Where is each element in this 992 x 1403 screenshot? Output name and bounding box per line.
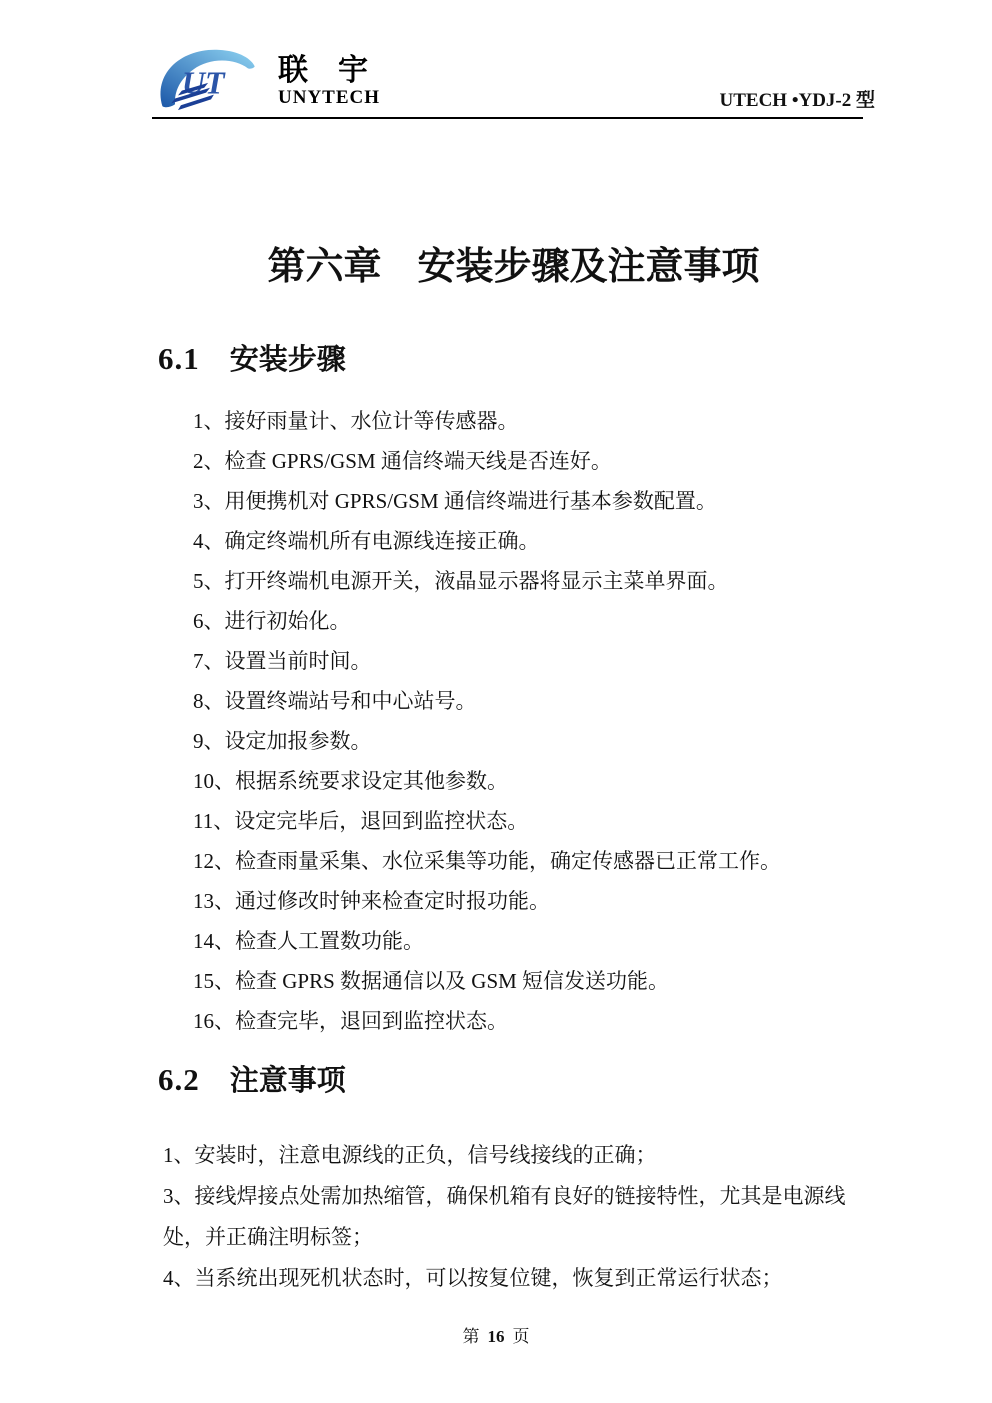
installation-step-item: 6、进行初始化。 [193, 611, 875, 632]
footer-page-suffix: 页 [513, 1327, 530, 1346]
section-number: 6.1 [158, 341, 200, 377]
installation-step-item: 1、接好雨量计、水位计等传感器。 [193, 411, 875, 432]
precaution-item: 3、接线焊接点处需加热缩管，确保机箱有良好的链接特性，尤其是电源线处，并正确注明… [163, 1176, 875, 1258]
logo-company-name-cn: 联 宇 [278, 54, 380, 88]
precaution-item: 1、安装时，注意电源线的正负，信号线接线的正确； [163, 1135, 875, 1176]
header-divider [152, 117, 863, 119]
installation-step-item: 8、设置终端站号和中心站号。 [193, 691, 875, 712]
section-heading-6-2: 6.2 注意事项 [158, 1058, 875, 1099]
section-heading-6-1: 6.1 安装步骤 [158, 337, 875, 378]
installation-step-item: 14、检查人工置数功能。 [193, 931, 875, 952]
installation-step-item: 13、通过修改时钟来检查定时报功能。 [193, 891, 875, 912]
section-title: 注意事项 [230, 1058, 346, 1099]
chapter-number: 第六章 [267, 241, 381, 293]
installation-step-item: 12、检查雨量采集、水位采集等功能，确定传感器已正常工作。 [193, 851, 875, 872]
installation-step-item: 3、用便携机对 GPRS/GSM 通信终端进行基本参数配置。 [193, 491, 875, 512]
header-model-label: UTECH •YDJ-2 型 [720, 85, 876, 114]
chapter-title-text: 安装步骤及注意事项 [418, 241, 760, 293]
installation-step-item: 2、检查 GPRS/GSM 通信终端天线是否连好。 [193, 451, 875, 472]
logo-text-block: 联 宇 UNYTECH [278, 46, 380, 108]
logo-swoosh-icon: UT [152, 46, 270, 114]
document-page: UT 联 宇 UNYTECH UTECH •YDJ-2 型 第六章 安装步骤及注… [0, 0, 992, 1403]
installation-step-item: 16、检查完毕，退回到监控状态。 [193, 1011, 875, 1032]
footer-page-prefix: 第 [463, 1327, 480, 1346]
precaution-item: 4、当系统出现死机状态时，可以按复位键，恢复到正常运行状态； [163, 1258, 875, 1299]
installation-step-item: 4、确定终端机所有电源线连接正确。 [193, 531, 875, 552]
footer-page-number: 16 [488, 1327, 505, 1346]
page-content: UT 联 宇 UNYTECH UTECH •YDJ-2 型 第六章 安装步骤及注… [0, 0, 992, 1299]
installation-step-item: 5、打开终端机电源开关，液晶显示器将显示主菜单界面。 [193, 571, 875, 592]
installation-step-list: 1、接好雨量计、水位计等传感器。2、检查 GPRS/GSM 通信终端天线是否连好… [152, 411, 875, 1032]
section-precautions: 6.2 注意事项 1、安装时，注意电源线的正负，信号线接线的正确；3、接线焊接点… [152, 1058, 875, 1299]
company-logo: UT 联 宇 UNYTECH [152, 46, 380, 114]
installation-step-item: 7、设置当前时间。 [193, 651, 875, 672]
precaution-list: 1、安装时，注意电源线的正负，信号线接线的正确；3、接线焊接点处需加热缩管，确保… [152, 1135, 875, 1299]
chapter-title: 第六章 安装步骤及注意事项 [152, 241, 875, 293]
installation-step-item: 11、设定完毕后，退回到监控状态。 [193, 811, 875, 832]
section-installation-steps: 6.1 安装步骤 1、接好雨量计、水位计等传感器。2、检查 GPRS/GSM 通… [152, 337, 875, 1032]
page-footer: 第16页 [0, 1322, 992, 1347]
section-number: 6.2 [158, 1062, 200, 1098]
installation-step-item: 15、检查 GPRS 数据通信以及 GSM 短信发送功能。 [193, 971, 875, 992]
installation-step-item: 9、设定加报参数。 [193, 731, 875, 752]
installation-step-item: 10、根据系统要求设定其他参数。 [193, 771, 875, 792]
section-title: 安装步骤 [230, 337, 346, 378]
page-header: UT 联 宇 UNYTECH UTECH •YDJ-2 型 [152, 46, 875, 114]
logo-company-name-en: UNYTECH [278, 88, 380, 108]
